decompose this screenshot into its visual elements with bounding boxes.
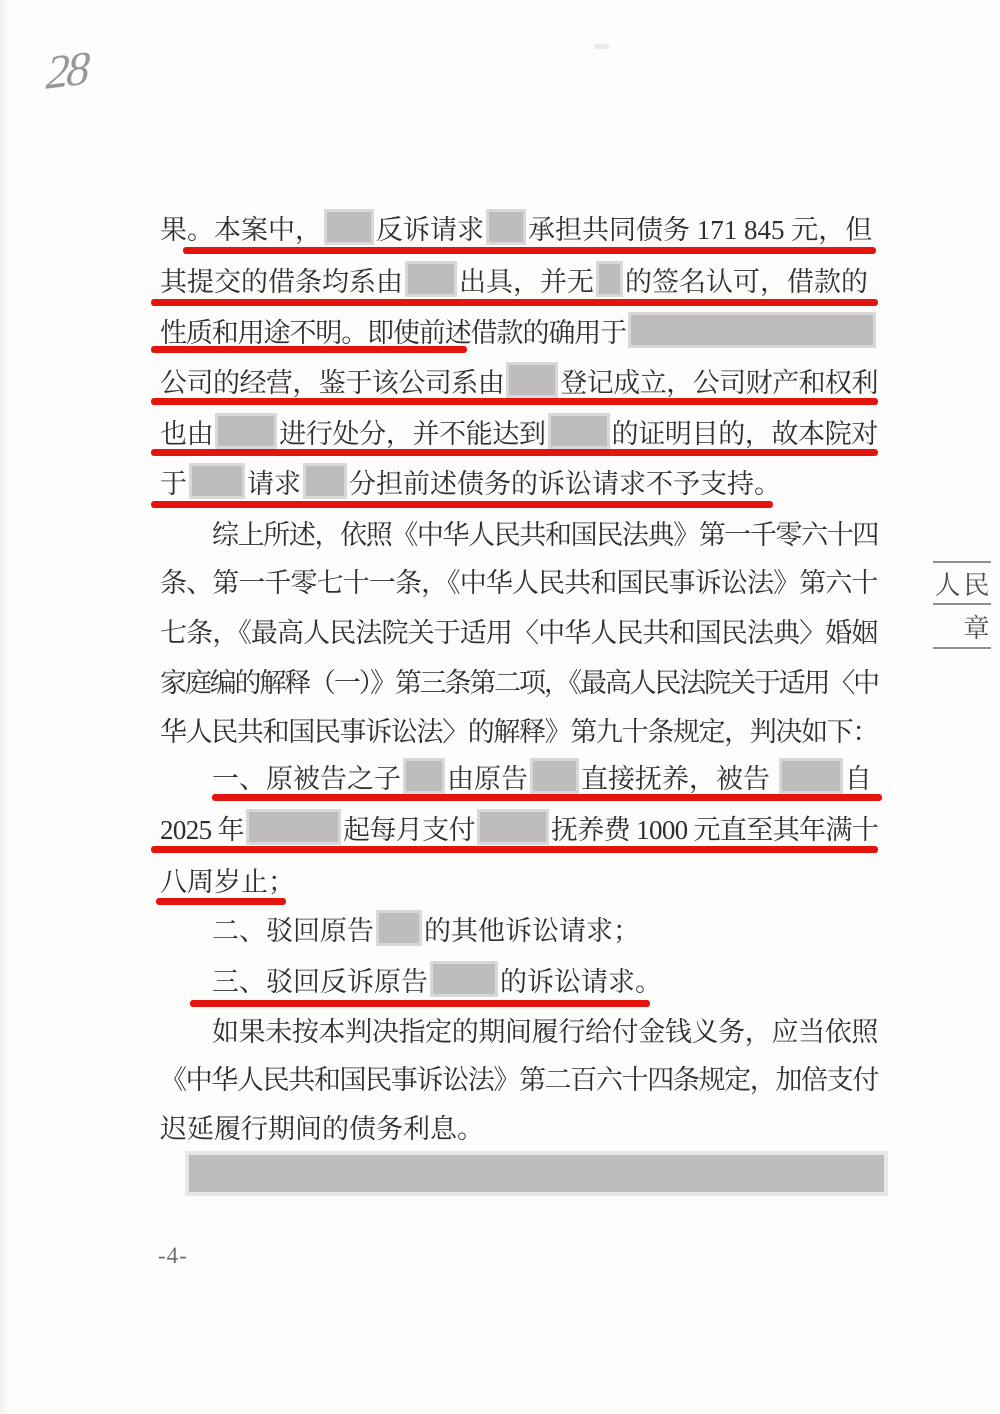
text-run: 出具，并无 (459, 260, 594, 299)
text-run: 综上所述，依照《中华人民共和国民法典》第一千零六十四 (212, 513, 878, 552)
redaction-box (403, 758, 445, 794)
text-run: 承担共同债务 171 845 元，但 (528, 208, 872, 247)
redaction-box (628, 312, 876, 348)
red-underline-mark (151, 299, 878, 306)
seal-char: 章 (962, 605, 991, 647)
red-underline-mark (151, 346, 467, 353)
text-run: 二、驳回原告 (212, 909, 374, 948)
text-line: 其提交的借条均系由出具，并无的签名认可，借款的 (160, 261, 868, 297)
text-line: 八周岁止； (160, 861, 295, 897)
redaction-box (779, 758, 843, 794)
scan-smudge (594, 44, 609, 49)
text-run: 的证明目的，故本院对 (612, 412, 878, 451)
text-line: 2025 年起每月支付抚养费 1000 元直至其年满十 (160, 809, 878, 845)
text-line: 二、驳回原告的其他诉讼请求； (212, 910, 640, 946)
text-run: 反诉请求 (376, 208, 484, 247)
text-run: 自 (845, 757, 872, 796)
text-line: 三、驳回反诉原告的诉讼请求。 (212, 961, 662, 997)
seal-char: 民 (962, 563, 991, 605)
text-run: 抚养费 1000 元直至其年满十 (551, 808, 878, 847)
red-underline-mark (190, 1000, 650, 1007)
text-line: 迟延履行期间的债务利息。 (160, 1108, 484, 1144)
text-run: 条、第一千零七十一条，《中华人民共和国民事诉讼法》第六十 (160, 561, 878, 600)
text-line: 七条，《最高人民法院关于适用〈中华人民共和国民法典〉婚姻 (160, 612, 878, 648)
red-underline-mark (151, 398, 878, 405)
redaction-box (324, 209, 374, 245)
text-run: 2025 年 (160, 808, 244, 847)
text-run: 于 (160, 462, 187, 501)
redaction-box (530, 758, 579, 794)
redaction-bar (185, 1151, 888, 1196)
text-line: 一、原被告之子由原告直接抚养，被告 自 (212, 758, 872, 794)
text-run: 的签名认可，借款的 (625, 260, 868, 299)
redaction-box (189, 463, 245, 499)
text-line: 于请求分担前述债务的诉讼请求不予支持。 (160, 463, 781, 499)
text-run: 直接抚养，被告 (581, 757, 777, 796)
redaction-box (548, 413, 610, 449)
text-run: 由原告 (447, 757, 528, 796)
text-line: 公司的经营，鉴于该公司系由登记成立，公司财产和权利 (160, 362, 878, 398)
seal-mark: 人 民 章 (933, 561, 991, 649)
text-run: 华人民共和国民事诉讼法〉的解释》第九十条规定，判决如下： (160, 710, 878, 749)
text-run: 一、原被告之子 (212, 757, 401, 796)
redaction-box (477, 809, 549, 845)
text-run: 分担前述债务的诉讼请求不予支持。 (349, 462, 781, 501)
scan-edge-shade (0, 0, 10, 1414)
text-line: 华人民共和国民事诉讼法〉的解释》第九十条规定，判决如下： (160, 711, 878, 747)
text-run: 果。本案中， (160, 208, 322, 247)
red-underline-mark (183, 247, 876, 254)
redaction-box (215, 413, 277, 449)
text-line: 《中华人民共和国民事诉讼法》第二百六十四条规定，加倍支付 (160, 1059, 878, 1095)
redaction-box (303, 463, 347, 499)
handwritten-page-note: 28 (45, 41, 89, 101)
text-run: 七条，《最高人民法院关于适用〈中华人民共和国民法典〉婚姻 (160, 611, 878, 650)
text-line: 综上所述，依照《中华人民共和国民法典》第一千零六十四 (212, 514, 878, 550)
text-run: 三、驳回反诉原告 (212, 960, 428, 999)
redaction-box (506, 362, 558, 398)
text-run: 性质和用途不明。即使前述借款的确用于 (160, 311, 626, 350)
text-run: 《中华人民共和国民事诉讼法》第二百六十四条规定，加倍支付 (160, 1058, 878, 1097)
text-run: 起每月支付 (343, 808, 475, 847)
text-line: 条、第一千零七十一条，《中华人民共和国民事诉讼法》第六十 (160, 562, 878, 598)
red-underline-mark (156, 898, 286, 905)
document-page: 28 果。本案中，反诉请求承担共同债务 171 845 元，但其提交的借条均系由… (0, 0, 1000, 1414)
text-line: 如果未按本判决指定的期间履行给付金钱义务，应当依照 (212, 1011, 878, 1047)
redaction-box (596, 261, 623, 297)
text-line: 家庭编的解释（一）》第三条第二项，《最高人民法院关于适用〈中 (160, 662, 878, 698)
seal-char: 人 (933, 563, 962, 605)
text-run: 公司的经营，鉴于该公司系由 (160, 361, 504, 400)
text-run: 如果未按本判决指定的期间履行给付金钱义务，应当依照 (212, 1010, 878, 1049)
red-underline-mark (212, 794, 882, 801)
text-run: 进行处分，并不能达到 (279, 412, 545, 451)
seal-empty-cell (933, 605, 962, 647)
text-run: 八周岁止； (160, 860, 295, 899)
red-underline-mark (151, 449, 878, 456)
text-line: 性质和用途不明。即使前述借款的确用于 (160, 312, 878, 348)
redaction-box (430, 961, 498, 997)
red-underline-mark (151, 846, 878, 853)
text-run: 请求 (247, 462, 301, 501)
text-line: 也由进行处分，并不能达到的证明目的，故本院对 (160, 413, 878, 449)
red-underline-mark (151, 501, 773, 508)
text-run: 登记成立，公司财产和权利 (560, 361, 878, 400)
text-run: 家庭编的解释（一）》第三条第二项，《最高人民法院关于适用〈中 (160, 661, 878, 700)
text-run: 的其他诉讼请求； (424, 909, 640, 948)
redaction-box (486, 209, 526, 245)
text-run: 其提交的借条均系由 (160, 260, 403, 299)
text-run: 也由 (160, 412, 213, 451)
redaction-box (405, 261, 457, 297)
text-line: 果。本案中，反诉请求承担共同债务 171 845 元，但 (160, 209, 872, 245)
redaction-box (246, 809, 341, 845)
page-number: -4- (158, 1243, 188, 1269)
text-run: 迟延履行期间的债务利息。 (160, 1107, 484, 1146)
redaction-box (376, 910, 422, 946)
text-run: 的诉讼请求。 (500, 960, 662, 999)
